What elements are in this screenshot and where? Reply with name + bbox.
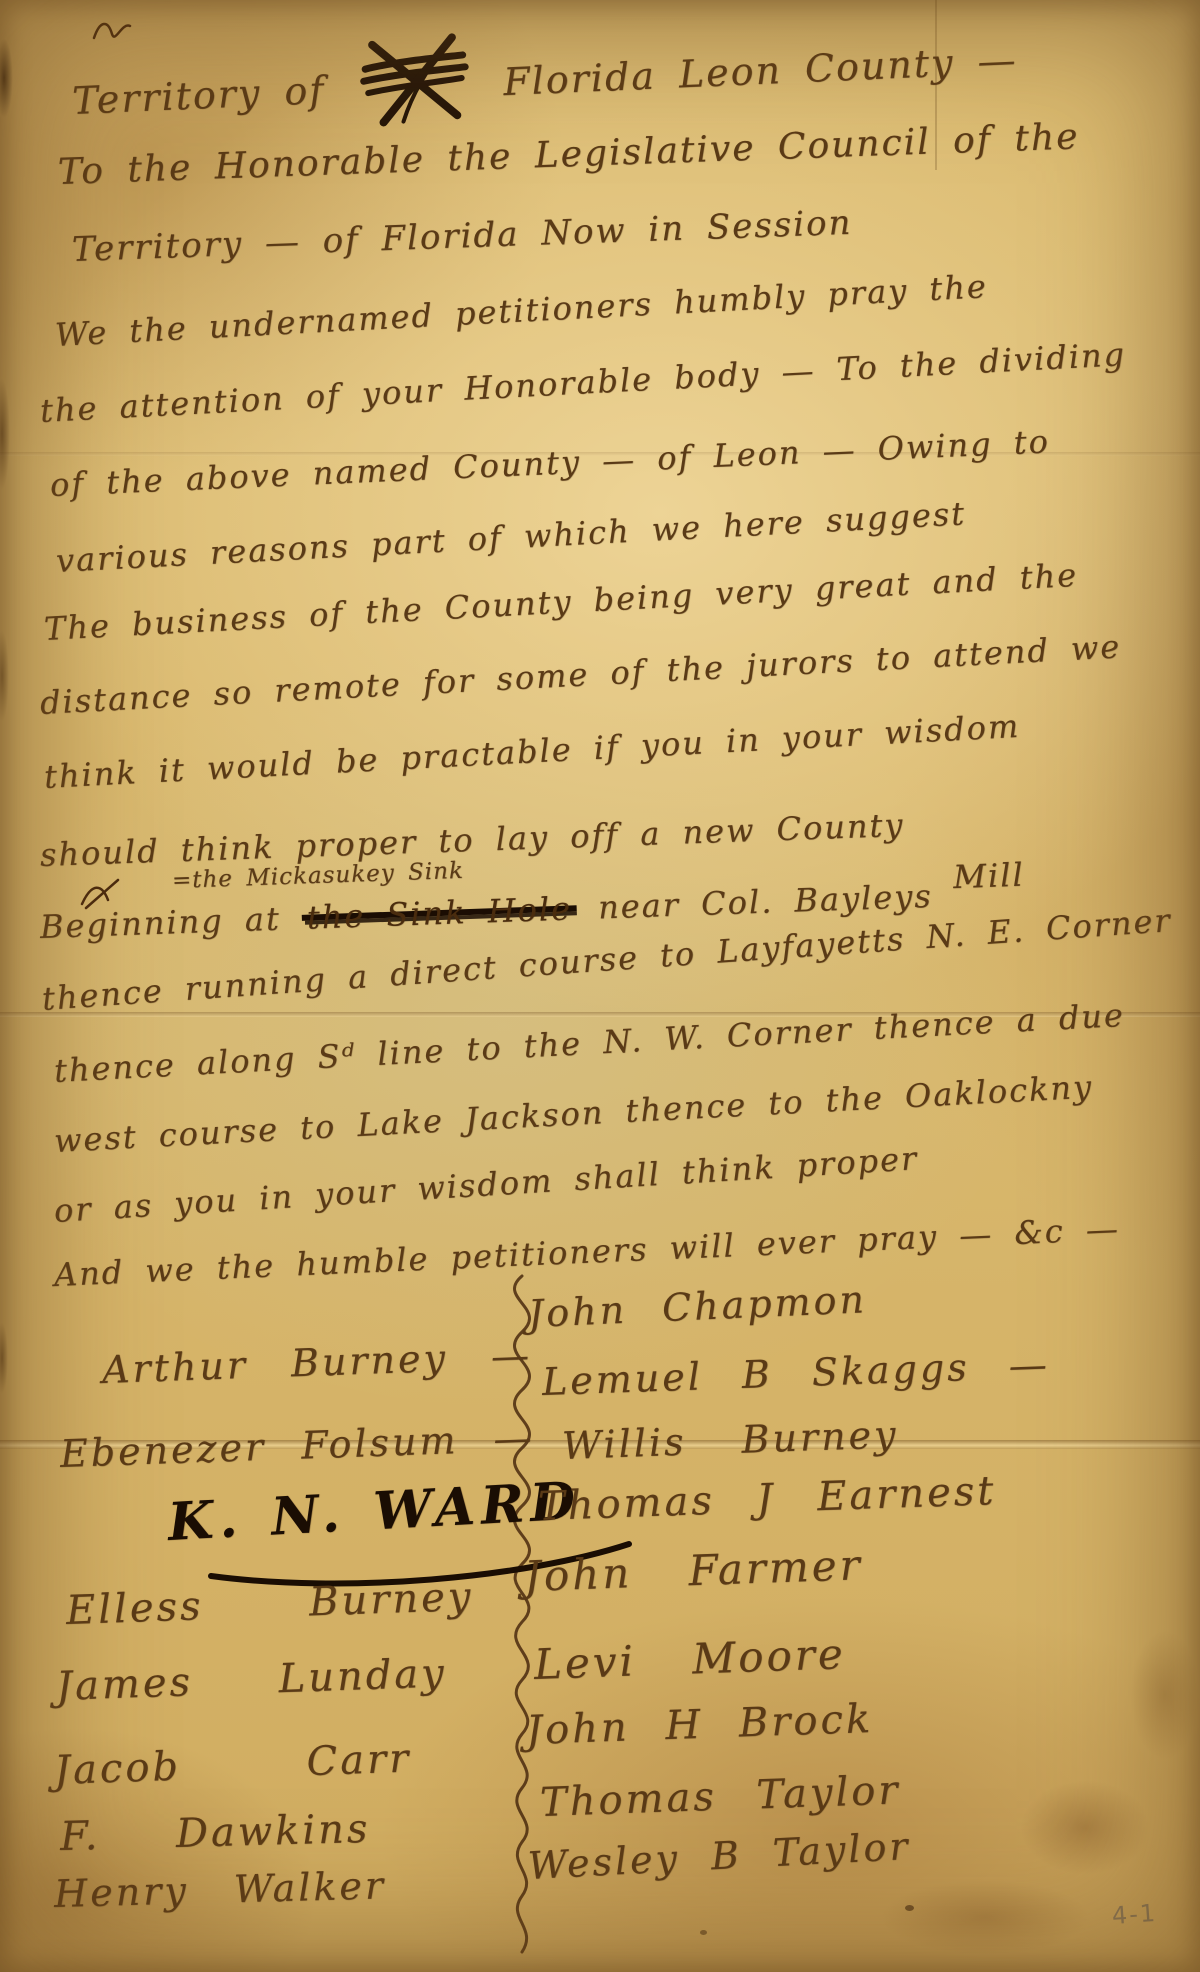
heading-florida-leon-county: Florida Leon County — [502, 38, 1018, 104]
raised-word-mill: Mill [953, 856, 1026, 896]
signature-henry-walker: Henry Walker [53, 1863, 386, 1916]
interlineation-caret: = [172, 867, 193, 894]
archive-page-number: 4-1 [1111, 1899, 1158, 1930]
crossed-out-word-scribble [352, 30, 476, 127]
signature-f-dawkins: F. Dawkins [59, 1806, 371, 1860]
stray-ink-mark [92, 14, 132, 44]
heading-territory-of: Territory of [71, 68, 326, 123]
